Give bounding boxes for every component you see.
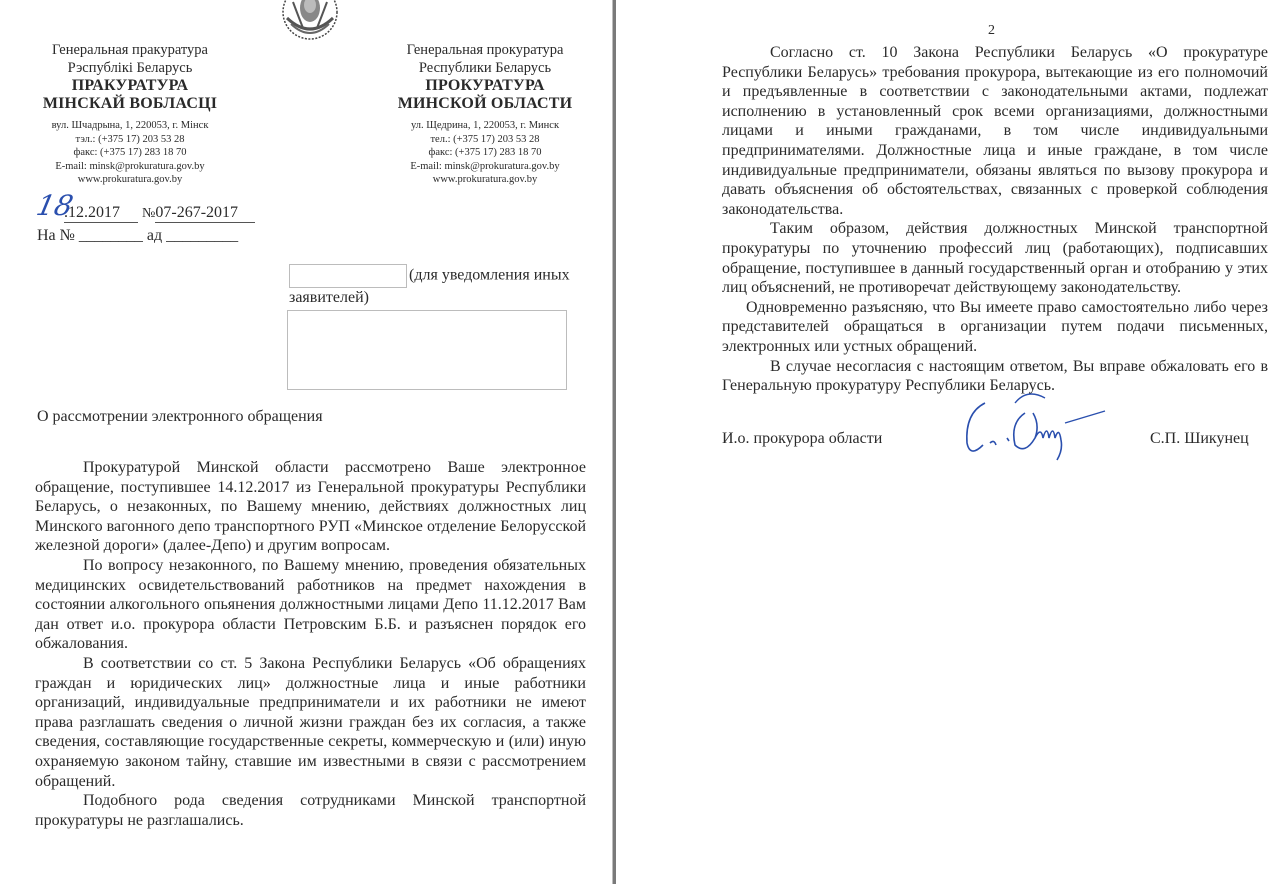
signatory-title: И.о. прокурора области xyxy=(722,430,882,448)
email-by: E-mail: minsk@prokuratura.gov.by xyxy=(40,160,220,174)
email-ru: E-mail: minsk@prokuratura.gov.by xyxy=(385,160,585,174)
handwritten-signature-icon xyxy=(955,383,1125,468)
registration-date-line: .12.2017 №07-267-2017 xyxy=(64,204,255,223)
org-country-ru: Республики Беларусь xyxy=(385,59,585,77)
page-number: 2 xyxy=(988,23,995,39)
org-parent-by: Генеральная пракуратура xyxy=(40,41,220,59)
signatory-name: С.П. Шикунец xyxy=(1150,430,1249,448)
paragraph: В соответствии со ст. 5 Закона Республик… xyxy=(35,654,586,791)
org-region-ru: МИНСКОЙ ОБЛАСТИ xyxy=(385,95,585,113)
notice-block: (для уведомления иных заявителей) xyxy=(289,264,589,308)
letterhead-russian: Генеральная прокуратура Республики Белар… xyxy=(385,41,585,187)
registration-number: 07-267-2017 xyxy=(155,204,255,223)
reply-reference-line: На № ________ ад _________ xyxy=(37,227,238,245)
addressee-box xyxy=(287,310,567,390)
paragraph: Прокуратурой Минской области рассмотрено… xyxy=(35,458,586,556)
paragraph: Таким образом, действия должностных Минс… xyxy=(722,219,1268,297)
letterhead-belarusian: Генеральная пракуратура Рэспублікі Белар… xyxy=(40,41,220,187)
org-region-by: МІНСКАЙ ВОБЛАСЦІ xyxy=(40,95,220,113)
phone-by: тэл.: (+375 17) 203 53 28 xyxy=(40,133,220,147)
letter-page-1: Генеральная пракуратура Рэспублікі Белар… xyxy=(0,0,612,884)
letter-body-page-2: Согласно ст. 10 Закона Республики Белару… xyxy=(722,43,1268,396)
paragraph: Одновременно разъясняю, что Вы имеете пр… xyxy=(722,298,1268,357)
address-ru: ул. Щедрина, 1, 220053, г. Минск xyxy=(385,119,585,133)
reply-to-value: ________ xyxy=(79,227,143,244)
org-name-ru: ПРОКУРАТУРА xyxy=(385,77,585,95)
website-by: www.prokuratura.gov.by xyxy=(40,173,220,187)
website-ru: www.prokuratura.gov.by xyxy=(385,173,585,187)
fax-ru: факс: (+375 17) 283 18 70 xyxy=(385,146,585,160)
from-label: ад xyxy=(147,227,162,244)
from-value: _________ xyxy=(166,227,238,244)
number-sign: № xyxy=(142,206,155,221)
paragraph: По вопросу незаконного, по Вашему мнению… xyxy=(35,556,586,654)
reply-to-label: На № xyxy=(37,227,75,244)
state-emblem-icon xyxy=(279,0,341,46)
notice-input-box xyxy=(289,264,407,288)
org-country-by: Рэспублікі Беларусь xyxy=(40,59,220,77)
org-parent-ru: Генеральная прокуратура xyxy=(385,41,585,59)
org-name-by: ПРАКУРАТУРА xyxy=(40,77,220,95)
phone-ru: тел.: (+375 17) 203 53 28 xyxy=(385,133,585,147)
paragraph: Согласно ст. 10 Закона Республики Белару… xyxy=(722,43,1268,219)
letter-subject: О рассмотрении электронного обращения xyxy=(37,408,323,426)
fax-by: факс: (+375 17) 283 18 70 xyxy=(40,146,220,160)
paragraph: Подобного рода сведения сотрудниками Мин… xyxy=(35,791,586,830)
registration-date: .12.2017 xyxy=(64,204,138,223)
letter-body-page-1: Прокуратурой Минской области рассмотрено… xyxy=(35,458,586,830)
address-by: вул. Шчадрына, 1, 220053, г. Мінск xyxy=(40,119,220,133)
